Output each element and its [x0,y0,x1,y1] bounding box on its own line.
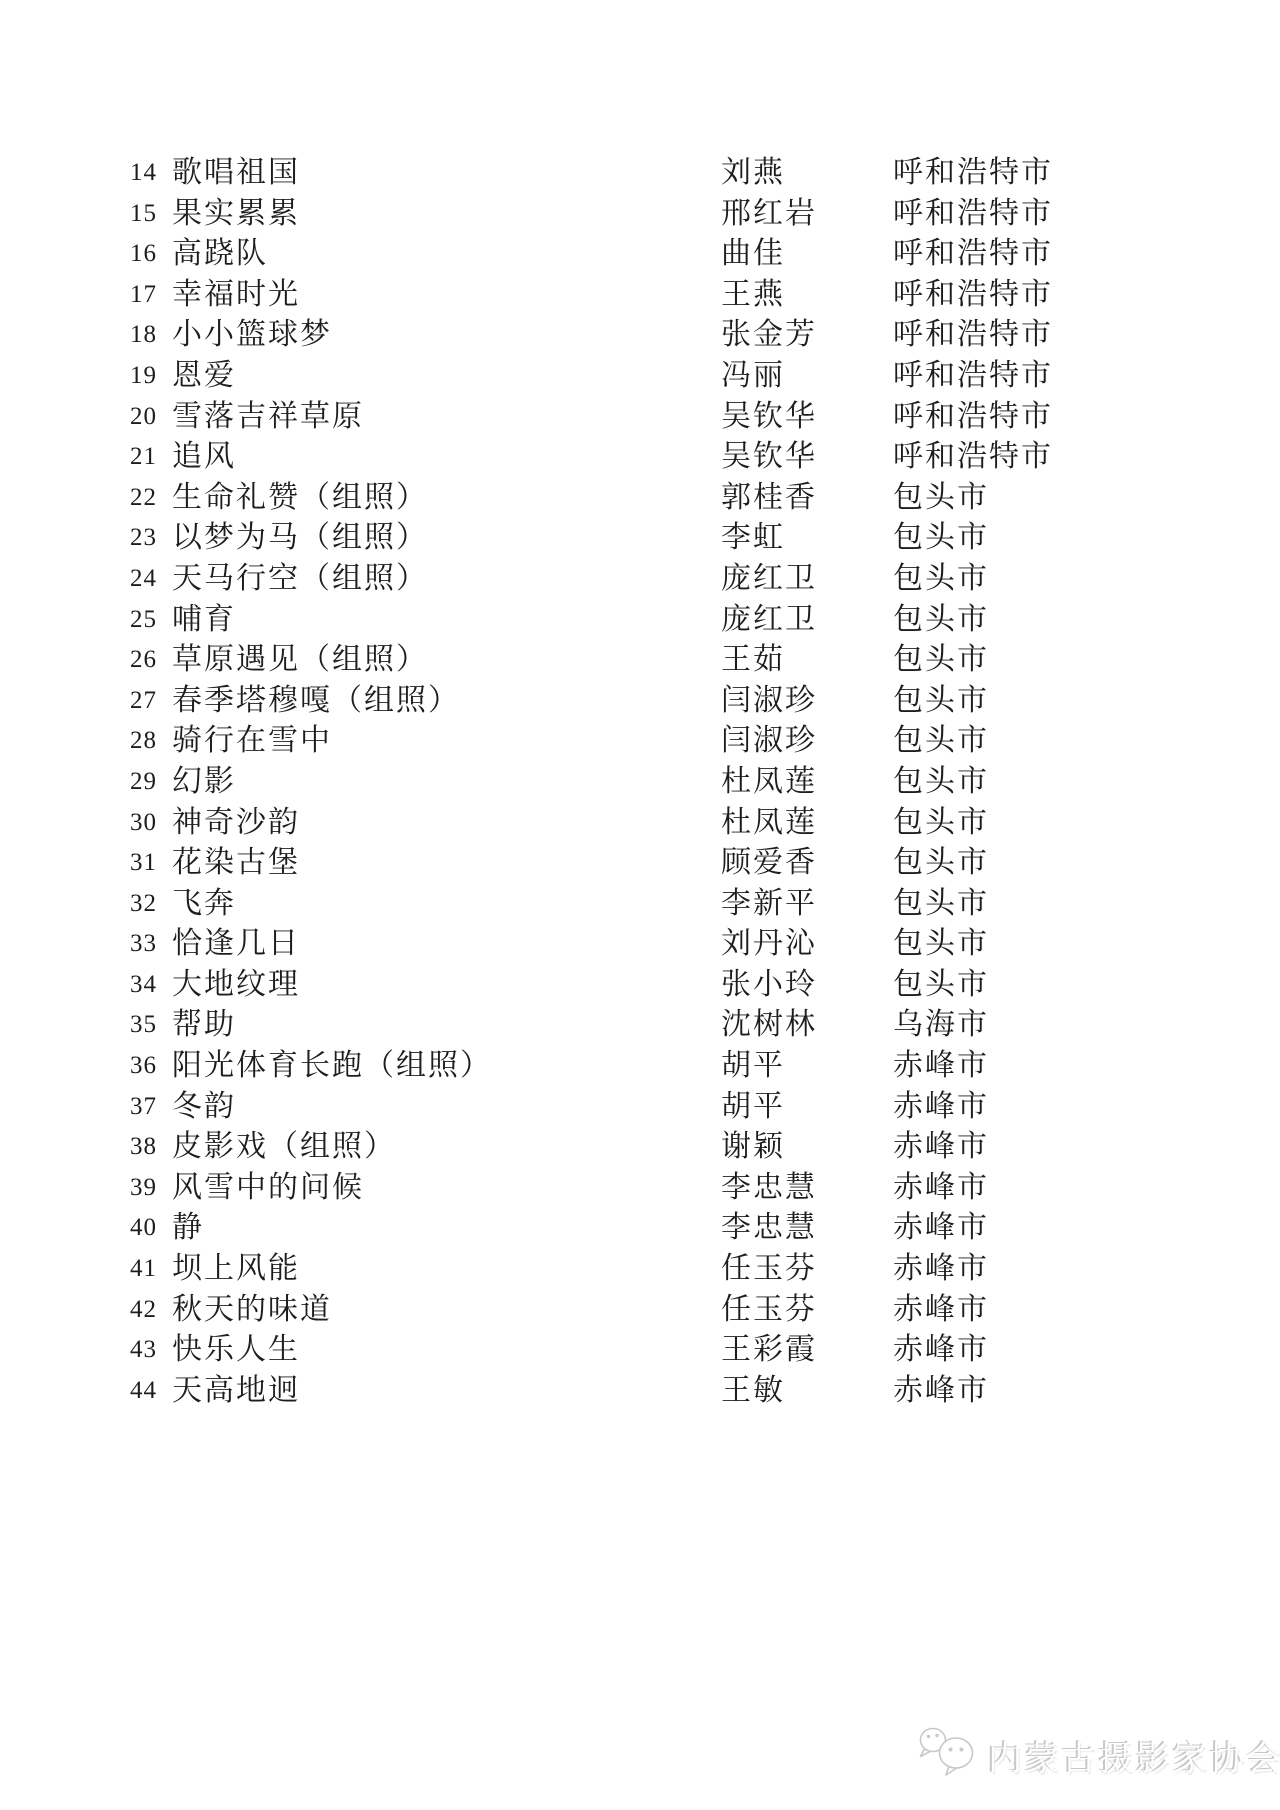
entry-title: 追风 [172,437,721,478]
entry-author: 王彩霞 [721,1330,893,1371]
entry-author: 曲佳 [721,234,893,275]
table-row: 24 天马行空（组照） 庞红卫 包头市 [130,559,1280,600]
entry-city: 包头市 [893,518,1280,559]
entry-city: 赤峰市 [893,1046,1280,1087]
entry-author: 杜凤莲 [721,762,893,803]
entry-author: 胡平 [721,1046,893,1087]
entry-author: 李虹 [721,518,893,559]
entry-title: 花染古堡 [172,843,721,884]
table-row: 19 恩爱 冯丽 呼和浩特市 [130,356,1280,397]
entry-author: 任玉芬 [721,1249,893,1290]
entry-city: 呼和浩特市 [893,275,1280,316]
entry-author: 王茹 [721,640,893,681]
entry-city: 呼和浩特市 [893,397,1280,438]
entry-author: 杜凤莲 [721,803,893,844]
entry-number: 24 [130,559,172,600]
table-row: 32 飞奔 李新平 包头市 [130,884,1280,925]
entry-city: 赤峰市 [893,1330,1280,1371]
entry-title: 幸福时光 [172,275,721,316]
entry-number: 33 [130,924,172,965]
table-row: 27 春季塔穆嘎（组照） 闫淑珍 包头市 [130,681,1280,722]
entry-title: 草原遇见（组照） [172,640,721,681]
entry-city: 赤峰市 [893,1168,1280,1209]
entry-number: 38 [130,1127,172,1168]
entry-number: 42 [130,1290,172,1331]
entry-title: 天高地迥 [172,1371,721,1412]
entry-city: 包头市 [893,559,1280,600]
entry-title: 坝上风能 [172,1249,721,1290]
entry-author: 刘丹沁 [721,924,893,965]
entry-title: 天马行空（组照） [172,559,721,600]
table-row: 17 幸福时光 王燕 呼和浩特市 [130,275,1280,316]
entry-author: 吴钦华 [721,437,893,478]
entry-city: 包头市 [893,803,1280,844]
entry-number: 18 [130,315,172,356]
entry-title: 以梦为马（组照） [172,518,721,559]
entry-title: 神奇沙韵 [172,803,721,844]
table-row: 41 坝上风能 任玉芬 赤峰市 [130,1249,1280,1290]
entry-author: 张金芳 [721,315,893,356]
entry-number: 26 [130,640,172,681]
entry-author: 庞红卫 [721,600,893,641]
table-row: 31 花染古堡 顾爱香 包头市 [130,843,1280,884]
entries-list: 14 歌唱祖国 刘燕 呼和浩特市 15 果实累累 邢红岩 呼和浩特市 16 高跷… [0,0,1280,1411]
entry-author: 沈树林 [721,1005,893,1046]
entry-title: 哺育 [172,600,721,641]
entry-city: 包头市 [893,884,1280,925]
entry-city: 赤峰市 [893,1290,1280,1331]
entry-title: 阳光体育长跑（组照） [172,1046,721,1087]
entry-city: 呼和浩特市 [893,437,1280,478]
table-row: 33 恰逢几日 刘丹沁 包头市 [130,924,1280,965]
entry-author: 吴钦华 [721,397,893,438]
entry-number: 35 [130,1005,172,1046]
entry-number: 16 [130,234,172,275]
entry-number: 17 [130,275,172,316]
entry-city: 包头市 [893,924,1280,965]
entry-city: 乌海市 [893,1005,1280,1046]
entry-number: 43 [130,1330,172,1371]
entry-author: 冯丽 [721,356,893,397]
entry-number: 34 [130,965,172,1006]
table-row: 18 小小篮球梦 张金芳 呼和浩特市 [130,315,1280,356]
entry-city: 包头市 [893,762,1280,803]
table-row: 25 哺育 庞红卫 包头市 [130,600,1280,641]
entry-number: 15 [130,194,172,235]
entry-title: 静 [172,1208,721,1249]
entry-city: 呼和浩特市 [893,315,1280,356]
entry-author: 闫淑珍 [721,681,893,722]
entry-title: 恰逢几日 [172,924,721,965]
entry-city: 呼和浩特市 [893,356,1280,397]
entry-number: 25 [130,600,172,641]
watermark: 内蒙古摄影家协会 [916,1722,1280,1789]
entry-city: 包头市 [893,478,1280,519]
entry-city: 包头市 [893,843,1280,884]
table-row: 40 静 李忠慧 赤峰市 [130,1208,1280,1249]
entry-number: 28 [130,721,172,762]
table-row: 42 秋天的味道 任玉芬 赤峰市 [130,1290,1280,1331]
table-row: 28 骑行在雪中 闫淑珍 包头市 [130,721,1280,762]
entry-title: 帮助 [172,1005,721,1046]
entry-city: 包头市 [893,600,1280,641]
entry-title: 春季塔穆嘎（组照） [172,681,721,722]
entry-title: 果实累累 [172,194,721,235]
entry-author: 任玉芬 [721,1290,893,1331]
table-row: 30 神奇沙韵 杜凤莲 包头市 [130,803,1280,844]
entry-title: 雪落吉祥草原 [172,397,721,438]
table-row: 15 果实累累 邢红岩 呼和浩特市 [130,194,1280,235]
entry-title: 风雪中的问候 [172,1168,721,1209]
entry-number: 36 [130,1046,172,1087]
entry-number: 41 [130,1249,172,1290]
entry-number: 31 [130,843,172,884]
entry-number: 40 [130,1208,172,1249]
entry-city: 呼和浩特市 [893,234,1280,275]
entry-number: 19 [130,356,172,397]
table-row: 39 风雪中的问候 李忠慧 赤峰市 [130,1168,1280,1209]
table-row: 21 追风 吴钦华 呼和浩特市 [130,437,1280,478]
entry-city: 呼和浩特市 [893,153,1280,194]
entry-title: 恩爱 [172,356,721,397]
entry-author: 胡平 [721,1087,893,1128]
table-row: 23 以梦为马（组照） 李虹 包头市 [130,518,1280,559]
table-row: 20 雪落吉祥草原 吴钦华 呼和浩特市 [130,397,1280,438]
entry-title: 皮影戏（组照） [172,1127,721,1168]
entry-title: 飞奔 [172,884,721,925]
entry-city: 赤峰市 [893,1371,1280,1412]
entry-author: 邢红岩 [721,194,893,235]
entry-title: 生命礼赞（组照） [172,478,721,519]
entry-city: 赤峰市 [893,1127,1280,1168]
entry-author: 闫淑珍 [721,721,893,762]
wechat-logo-icon [916,1722,978,1789]
table-row: 44 天高地迥 王敏 赤峰市 [130,1371,1280,1412]
entry-title: 大地纹理 [172,965,721,1006]
entry-city: 赤峰市 [893,1087,1280,1128]
entry-number: 32 [130,884,172,925]
entry-author: 谢颖 [721,1127,893,1168]
entry-number: 22 [130,478,172,519]
entry-city: 赤峰市 [893,1249,1280,1290]
table-row: 16 高跷队 曲佳 呼和浩特市 [130,234,1280,275]
entry-number: 20 [130,397,172,438]
entry-city: 包头市 [893,681,1280,722]
table-row: 14 歌唱祖国 刘燕 呼和浩特市 [130,153,1280,194]
table-row: 26 草原遇见（组照） 王茹 包头市 [130,640,1280,681]
entry-number: 30 [130,803,172,844]
table-row: 43 快乐人生 王彩霞 赤峰市 [130,1330,1280,1371]
table-row: 29 幻影 杜凤莲 包头市 [130,762,1280,803]
entry-number: 27 [130,681,172,722]
entry-city: 赤峰市 [893,1208,1280,1249]
entry-number: 39 [130,1168,172,1209]
entry-title: 秋天的味道 [172,1290,721,1331]
entry-city: 包头市 [893,965,1280,1006]
entry-number: 21 [130,437,172,478]
entry-author: 庞红卫 [721,559,893,600]
entry-number: 23 [130,518,172,559]
entry-author: 郭桂香 [721,478,893,519]
entry-number: 29 [130,762,172,803]
entry-number: 37 [130,1087,172,1128]
table-row: 22 生命礼赞（组照） 郭桂香 包头市 [130,478,1280,519]
table-row: 35 帮助 沈树林 乌海市 [130,1005,1280,1046]
entry-city: 包头市 [893,721,1280,762]
entry-author: 李忠慧 [721,1168,893,1209]
entry-author: 张小玲 [721,965,893,1006]
entry-title: 小小篮球梦 [172,315,721,356]
entry-author: 王燕 [721,275,893,316]
table-row: 37 冬韵 胡平 赤峰市 [130,1087,1280,1128]
entry-title: 骑行在雪中 [172,721,721,762]
entry-author: 刘燕 [721,153,893,194]
entry-title: 歌唱祖国 [172,153,721,194]
table-row: 38 皮影戏（组照） 谢颖 赤峰市 [130,1127,1280,1168]
table-row: 34 大地纹理 张小玲 包头市 [130,965,1280,1006]
entry-author: 顾爱香 [721,843,893,884]
entry-number: 14 [130,153,172,194]
watermark-label: 内蒙古摄影家协会 [988,1731,1280,1780]
entry-title: 快乐人生 [172,1330,721,1371]
entry-city: 包头市 [893,640,1280,681]
entry-author: 李忠慧 [721,1208,893,1249]
entry-author: 李新平 [721,884,893,925]
entry-city: 呼和浩特市 [893,194,1280,235]
entry-title: 幻影 [172,762,721,803]
entry-number: 44 [130,1371,172,1412]
document-page: 14 歌唱祖国 刘燕 呼和浩特市 15 果实累累 邢红岩 呼和浩特市 16 高跷… [0,0,1280,1411]
table-row: 36 阳光体育长跑（组照） 胡平 赤峰市 [130,1046,1280,1087]
entry-author: 王敏 [721,1371,893,1412]
entry-title: 冬韵 [172,1087,721,1128]
entry-title: 高跷队 [172,234,721,275]
